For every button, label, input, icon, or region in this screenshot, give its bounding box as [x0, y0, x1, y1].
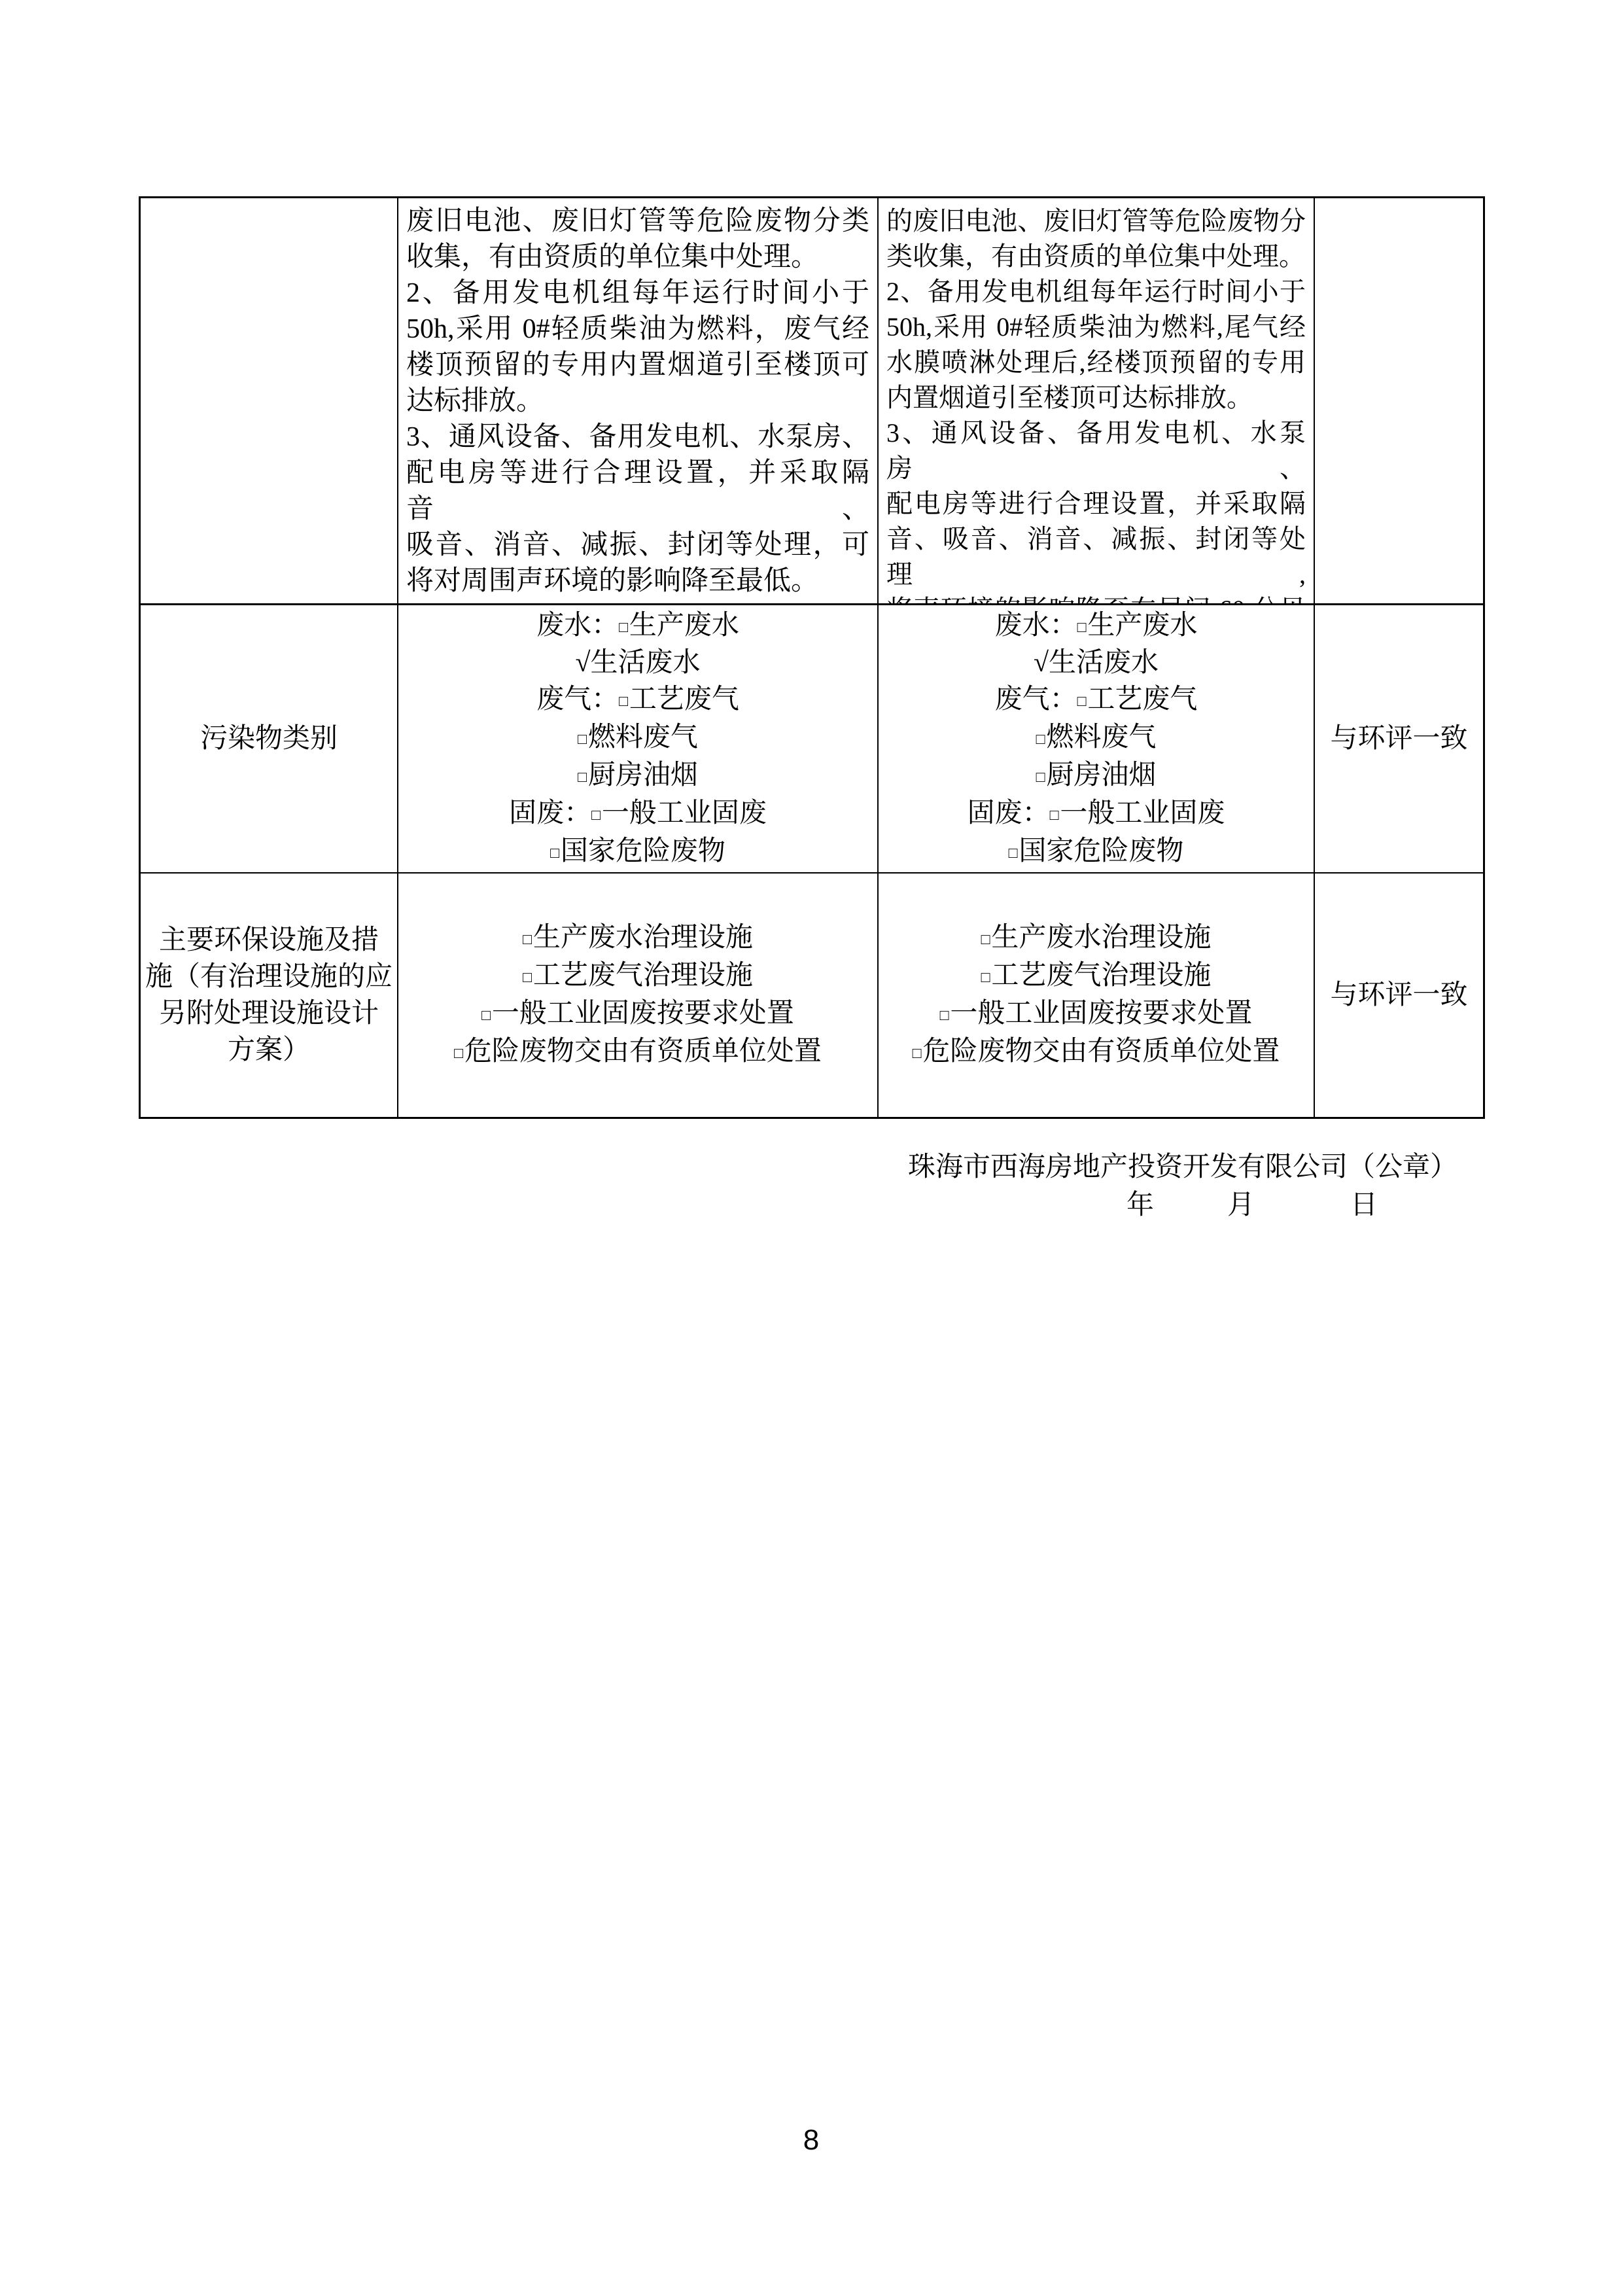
text-line: □厨房油烟: [398, 757, 877, 795]
signature-company-line: 珠海市西海房地产投资开发有限公司（公章）: [908, 1152, 1457, 1183]
facilities-status-cell: 与环评一致: [1315, 874, 1483, 1117]
text-line: 施（有治理设施的应: [145, 959, 393, 995]
pollutant-category-eia-cell: 废水：□生产废水√生活废水废气：□工艺废气□燃料废气□厨房油烟固废：□一般工业固…: [398, 605, 879, 874]
row1-status-cell-empty: [1315, 198, 1483, 605]
text-line: 配电房等进行合理设置，并采取隔音、: [406, 455, 869, 527]
row1-eia-requirement-text: 废旧电池、废旧灯管等危险废物分类收集，有由资质的单位集中处理。2、备用发电机组每…: [398, 198, 879, 605]
text-line: 固废：□一般工业固废: [398, 795, 877, 833]
row1-label-cell-empty: [141, 198, 398, 605]
text-line: 收集，有由资质的单位集中处理。: [406, 239, 869, 275]
text-line: 达标排放。: [406, 383, 869, 419]
text-line: 将对周围声环境的影响降至最低。: [406, 563, 869, 599]
text-line: □生产废水治理设施: [398, 919, 877, 957]
pollutant-category-status-cell: 与环评一致: [1315, 605, 1483, 874]
text-line: 2、备用发电机组每年运行时间小于: [406, 275, 869, 311]
pollutant-category-actual-list: 废水：□生产废水√生活废水废气：□工艺废气□燃料废气□厨房油烟固废：□一般工业固…: [879, 607, 1314, 871]
checkbox-icon: □: [981, 968, 992, 985]
signature-date-line: 年 月 日: [1126, 1190, 1378, 1221]
text-line: 废气：□工艺废气: [398, 681, 877, 719]
text-line: 另附处理设施设计: [145, 995, 393, 1032]
text-line: □危险废物交由有资质单位处置: [398, 1033, 877, 1071]
text-line: 废气：□工艺废气: [879, 681, 1314, 719]
checkbox-icon: □: [550, 843, 561, 860]
page-number: 8: [795, 2124, 828, 2157]
year-label: 年: [1126, 1190, 1154, 1221]
checkbox-icon: □: [1050, 806, 1060, 823]
text-line: 方案）: [145, 1032, 393, 1069]
text-line: 内置烟道引至楼顶可达标排放。: [886, 380, 1306, 415]
text-line: □燃料废气: [879, 719, 1314, 757]
text-line: □工艺废气治理设施: [398, 957, 877, 995]
text-line: □生产废水治理设施: [879, 919, 1314, 957]
text-line: √生活废水: [879, 645, 1314, 681]
text-line: 主要环保设施及措: [145, 922, 393, 959]
text-line: 废水：□生产废水: [879, 607, 1314, 645]
text-line: √生活废水: [398, 645, 877, 681]
day-label: 日: [1350, 1190, 1378, 1221]
text-line: □国家危险废物: [879, 833, 1314, 871]
acceptance-form-table: 废旧电池、废旧灯管等危险废物分类收集，有由资质的单位集中处理。2、备用发电机组每…: [139, 196, 1485, 1119]
checkbox-icon: □: [913, 1044, 923, 1061]
text-line: □国家危险废物: [398, 833, 877, 871]
text-line: □工艺废气治理设施: [879, 957, 1314, 995]
checkbox-icon: □: [619, 618, 629, 635]
text-line: □危险废物交由有资质单位处置: [879, 1033, 1314, 1071]
text-line: 的废旧电池、废旧灯管等危险废物分: [886, 203, 1306, 239]
pollutant-category-eia-list: 废水：□生产废水√生活废水废气：□工艺废气□燃料废气□厨房油烟固废：□一般工业固…: [398, 607, 877, 871]
checkbox-icon: □: [619, 692, 629, 709]
text-line: 水膜喷淋处理后,经楼顶预留的专用: [886, 345, 1306, 380]
checkbox-icon: □: [1036, 730, 1047, 747]
text-line: 3、通风设备、备用发电机、水泵房、: [406, 419, 869, 455]
pollutant-category-label: 污染物类别: [200, 721, 338, 757]
pollutant-category-label-cell: 污染物类别: [141, 605, 398, 874]
checkbox-icon: □: [578, 768, 588, 785]
text-line: □一般工业固废按要求处置: [398, 995, 877, 1033]
checkbox-icon: □: [1009, 843, 1019, 860]
checkbox-icon: □: [454, 1044, 464, 1061]
facilities-eia-cell: □生产废水治理设施□工艺废气治理设施□一般工业固废按要求处置□危险废物交由有资质…: [398, 874, 879, 1117]
text-line: 3、通风设备、备用发电机、水泵房、: [886, 415, 1306, 486]
text-line: □一般工业固废按要求处置: [879, 995, 1314, 1033]
text-line: 将声环境的影响降至在昼间 60 分贝: [886, 592, 1306, 605]
text-line: 类收集，有由资质的单位集中处理。: [886, 239, 1306, 274]
checkbox-icon: □: [523, 968, 533, 985]
facilities-eia-list: □生产废水治理设施□工艺废气治理设施□一般工业固废按要求处置□危险废物交由有资质…: [398, 919, 877, 1070]
text-line: 配电房等进行合理设置，并采取隔: [886, 486, 1306, 521]
facilities-actual-list: □生产废水治理设施□工艺废气治理设施□一般工业固废按要求处置□危险废物交由有资质…: [879, 919, 1314, 1070]
text-line: 2、备用发电机组每年运行时间小于: [886, 274, 1306, 309]
status-text: 与环评一致: [1330, 978, 1467, 1014]
checkbox-icon: □: [1036, 768, 1047, 785]
text-line: 废水：□生产废水: [398, 607, 877, 645]
text-line: 50h,采用 0#轻质柴油为燃料,尾气经: [886, 309, 1306, 345]
month-label: 月: [1227, 1190, 1255, 1221]
text-line: □燃料废气: [398, 719, 877, 757]
text-line: 固废：□一般工业固废: [879, 795, 1314, 833]
facilities-actual-cell: □生产废水治理设施□工艺废气治理设施□一般工业固废按要求处置□危险废物交由有资质…: [879, 874, 1315, 1117]
checkbox-icon: □: [940, 1006, 951, 1023]
text-line: 楼顶预留的专用内置烟道引至楼顶可: [406, 347, 869, 383]
facilities-label: 主要环保设施及措施（有治理设施的应另附处理设施设计方案）: [145, 922, 393, 1069]
checkbox-icon: □: [523, 930, 533, 947]
row1-actual-construction-text: 的废旧电池、废旧灯管等危险废物分类收集，有由资质的单位集中处理。2、备用发电机组…: [879, 198, 1315, 605]
checkbox-icon: □: [481, 1006, 492, 1023]
status-text: 与环评一致: [1330, 721, 1467, 757]
checkbox-icon: □: [1077, 692, 1088, 709]
text-line: 音、吸音、消音、减振、封闭等处理,: [886, 521, 1306, 592]
text-line: 50h,采用 0#轻质柴油为燃料，废气经: [406, 311, 869, 347]
text-line: □厨房油烟: [879, 757, 1314, 795]
checkbox-icon: □: [578, 730, 588, 747]
checkbox-icon: □: [1077, 618, 1088, 635]
text-line: 废旧电池、废旧灯管等危险废物分类: [406, 203, 869, 239]
checkbox-icon: □: [981, 930, 992, 947]
checkbox-icon: □: [591, 806, 602, 823]
facilities-label-cell: 主要环保设施及措施（有治理设施的应另附处理设施设计方案）: [141, 874, 398, 1117]
pollutant-category-actual-cell: 废水：□生产废水√生活废水废气：□工艺废气□燃料废气□厨房油烟固废：□一般工业固…: [879, 605, 1315, 874]
text-line: 吸音、消音、减振、封闭等处理，可: [406, 527, 869, 563]
